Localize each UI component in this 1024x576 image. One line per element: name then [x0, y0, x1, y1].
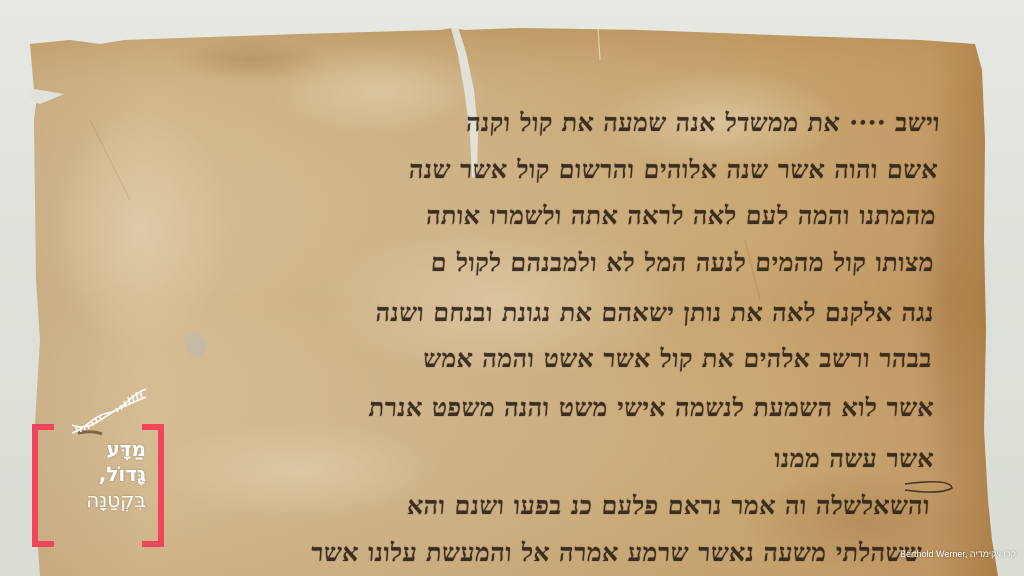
photo-credit: Berthold Werner, קרן ויקימדיה	[900, 549, 1016, 559]
logo-line-1: מַדָּע	[54, 437, 146, 462]
logo-text: מַדָּע גָּדוֹל, בִּקְטַנָּה	[54, 437, 146, 513]
logo-overlay: מַדָּע גָּדוֹל, בִּקְטַנָּה	[30, 385, 166, 550]
logo-line-2: גָּדוֹל,	[54, 462, 146, 487]
logo-bracket-left	[32, 424, 54, 547]
logo-line-3: בִּקְטַנָּה	[54, 487, 146, 513]
dna-helix-icon	[68, 385, 150, 437]
